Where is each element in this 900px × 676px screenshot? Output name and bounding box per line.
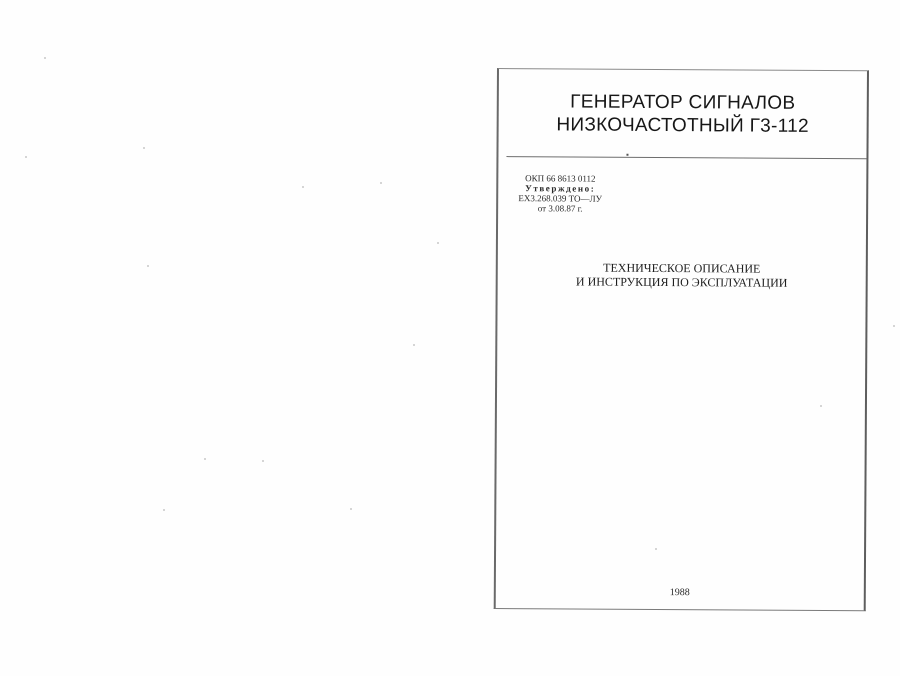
scan-speck [25, 156, 27, 158]
scan-speck [350, 508, 352, 510]
title-line-1: ГЕНЕРАТОР СИГНАЛОВ [499, 90, 867, 115]
print-dot [626, 154, 628, 156]
scan-speck [44, 57, 46, 59]
document-title: ГЕНЕРАТОР СИГНАЛОВ НИЗКОЧАСТОТНЫЙ Г3-112 [499, 90, 867, 138]
approved-label: Утверждено: [505, 183, 615, 194]
title-line-2: НИЗКОЧАСТОТНЫЙ Г3-112 [499, 113, 867, 138]
scan-speck [143, 147, 145, 149]
scan-speck [893, 325, 895, 327]
publication-year: 1988 [496, 586, 864, 599]
title-divider [506, 156, 866, 159]
scan-speck [302, 186, 304, 188]
cover-frame: ГЕНЕРАТОР СИГНАЛОВ НИЗКОЧАСТОТНЫЙ Г3-112… [494, 68, 869, 611]
document-code: ЕХ3.268.039 ТО—ЛУ [505, 193, 615, 204]
scan-speck [437, 242, 439, 244]
scan-speck [147, 265, 149, 267]
approval-date: от 3.08.87 г. [505, 203, 615, 214]
scan-speck [380, 182, 382, 184]
scanned-page: ГЕНЕРАТОР СИГНАЛОВ НИЗКОЧАСТОТНЫЙ Г3-112… [0, 0, 900, 676]
okp-code: ОКП 66 8613 0112 [505, 173, 615, 184]
scan-speck [262, 460, 264, 462]
scan-speck [413, 344, 415, 346]
subtitle-line-2: И ИНСТРУКЦИЯ ПО ЭКСПЛУАТАЦИИ [498, 274, 866, 290]
approval-info: ОКП 66 8613 0112 Утверждено: ЕХ3.268.039… [505, 173, 615, 214]
scan-speck [204, 458, 206, 460]
scan-speck [163, 509, 165, 511]
document-subtitle: ТЕХНИЧЕСКОЕ ОПИСАНИЕ И ИНСТРУКЦИЯ ПО ЭКС… [498, 260, 866, 290]
